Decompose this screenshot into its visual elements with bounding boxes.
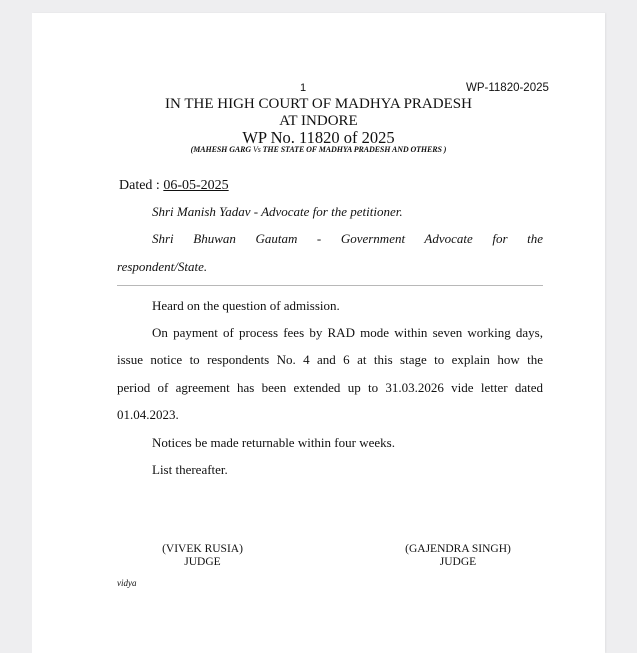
order-date: Dated : 06-05-2025	[119, 178, 229, 194]
order-para-notice-line3: period of agreement has been extended up…	[117, 380, 543, 396]
respondents: THE STATE OF MADHYA PRADESH AND OTHERS )	[261, 145, 447, 154]
divider-line	[117, 285, 543, 286]
order-para-list: List thereafter.	[152, 462, 228, 478]
appearance-respondent: Shri Bhuwan Gautam - Government Advocate…	[152, 231, 543, 247]
order-para-notice-line1: On payment of process fees by RAD mode w…	[152, 325, 543, 341]
case-reference: WP-11820-2025	[466, 82, 549, 94]
clerk-initials: vidya	[117, 578, 137, 588]
court-name: IN THE HIGH COURT OF MADHYA PRADESH	[0, 96, 637, 113]
judge-title: JUDGE	[140, 556, 265, 569]
dated-label: Dated :	[119, 178, 163, 193]
appearance-respondent-cont: respondent/State.	[117, 259, 207, 275]
versus: Vs	[253, 145, 261, 154]
order-para-returnable: Notices be made returnable within four w…	[152, 435, 395, 451]
page-number: 1	[300, 82, 306, 94]
case-parties: (MAHESH GARG Vs THE STATE OF MADHYA PRAD…	[0, 145, 637, 154]
signature-judge-2: (GAJENDRA SINGH) JUDGE	[383, 543, 533, 569]
petitioner: (MAHESH GARG	[191, 145, 253, 154]
order-para-notice-line2: issue notice to respondents No. 4 and 6 …	[117, 352, 543, 368]
judge-name: (VIVEK RUSIA)	[140, 543, 265, 556]
order-document: 1 WP-11820-2025 IN THE HIGH COURT OF MAD…	[0, 0, 637, 635]
judge-name: (GAJENDRA SINGH)	[383, 543, 533, 556]
judge-title: JUDGE	[383, 556, 533, 569]
signature-judge-1: (VIVEK RUSIA) JUDGE	[140, 543, 265, 569]
dated-value: 06-05-2025	[163, 178, 228, 193]
appearance-petitioner: Shri Manish Yadav - Advocate for the pet…	[152, 204, 403, 220]
order-para-heard: Heard on the question of admission.	[152, 298, 340, 314]
order-para-notice-line4: 01.04.2023.	[117, 407, 179, 423]
